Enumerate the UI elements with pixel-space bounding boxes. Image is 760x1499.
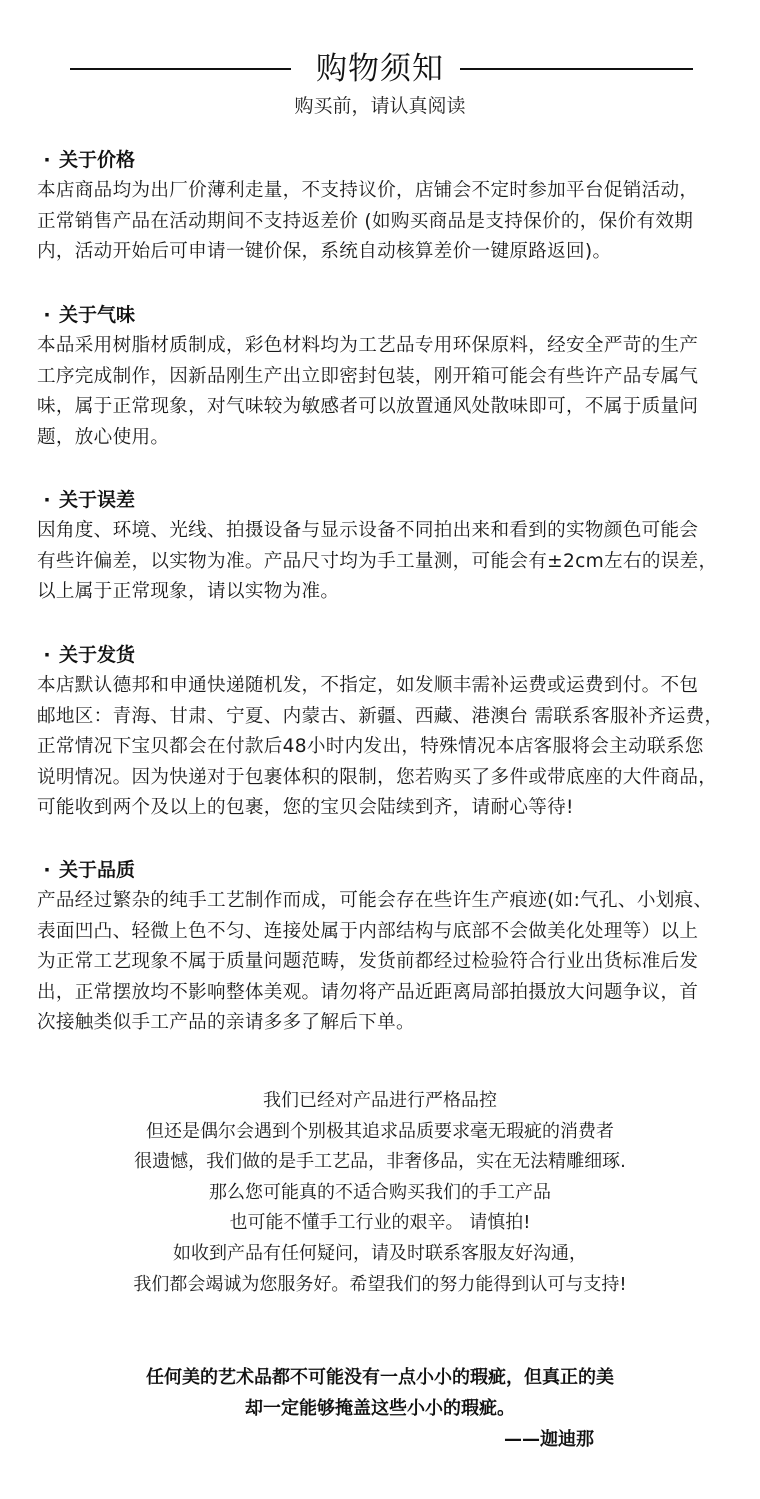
section-body: 本店商品均为出厂价薄利走量，不支持议价，店铺会不定时参加平台促销活动， 正常销售… xyxy=(37,176,727,268)
body-line: 本店默认德邦和申通快递随机发，不指定，如发顺丰需补运费或运费到付。不包 xyxy=(37,671,727,702)
section-body: 本品采用树脂材质制成，彩色材料均为工艺品专用环保原料，经安全严苛的生产 工序完成… xyxy=(37,331,727,453)
body-line: 本店商品均为出厂价薄利走量，不支持议价，店铺会不定时参加平台促销活动， xyxy=(37,176,727,207)
section-body: 本店默认德邦和申通快递随机发，不指定，如发顺丰需补运费或运费到付。不包 邮地区：… xyxy=(37,671,727,824)
page-header: 购物须知 xyxy=(0,44,760,94)
section-heading: · 关于气味 xyxy=(37,300,727,331)
section-title: 关于气味 xyxy=(59,300,135,331)
body-line: 为正常工艺现象不属于质量问题范畴，发货前都经过检验符合行业出货标准后发 xyxy=(37,947,727,978)
bullet-icon: · xyxy=(37,485,57,516)
quote-author: ——迦迪那 xyxy=(504,1427,594,1453)
section-heading: · 关于价格 xyxy=(37,145,727,176)
section-heading: · 关于发货 xyxy=(37,640,727,671)
statement-line: 如收到产品有任何疑问，请及时联系客服友好沟通， xyxy=(0,1239,760,1270)
statement-line: 但还是偶尔会遇到个别极其追求品质要求毫无瑕疵的消费者 xyxy=(0,1117,760,1148)
section-smell: · 关于气味 本品采用树脂材质制成，彩色材料均为工艺品专用环保原料，经安全严苛的… xyxy=(37,300,727,453)
bullet-icon: · xyxy=(37,145,57,176)
closing-quote: 任何美的艺术品都不可能没有一点小小的瑕疵，但真正的美 却一定能够掩盖这些小小的瑕… xyxy=(0,1362,760,1424)
body-line: 味，属于正常现象，对气味较为敏感者可以放置通风处散味即可，不属于质量问 xyxy=(37,392,727,423)
body-line: 内，活动开始后可申请一键价保，系统自动核算差价一键原路返回)。 xyxy=(37,237,727,268)
section-price: · 关于价格 本店商品均为出厂价薄利走量，不支持议价，店铺会不定时参加平台促销活… xyxy=(37,145,727,268)
section-title: 关于发货 xyxy=(59,640,135,671)
section-quality: · 关于品质 产品经过繁杂的纯手工艺制作而成，可能会存在些许生产痕迹(如:气孔、… xyxy=(37,855,727,1039)
statement-line: 很遗憾，我们做的是手工艺品，非奢侈品，实在无法精雕细琢. xyxy=(0,1147,760,1178)
quality-statement: 我们已经对产品进行严格品控 但还是偶尔会遇到个别极其追求品质要求毫无瑕疵的消费者… xyxy=(0,1086,760,1300)
section-shipping: · 关于发货 本店默认德邦和申通快递随机发，不指定，如发顺丰需补运费或运费到付。… xyxy=(37,640,727,824)
body-line: 说明情况。因为快递对于包裹体积的限制，您若购买了多件或带底座的大件商品， xyxy=(37,763,727,794)
body-line: 因角度、环境、光线、拍摄设备与显示设备不同拍出来和看到的实物颜色可能会 xyxy=(37,516,727,547)
bullet-icon: · xyxy=(37,640,57,671)
body-line: 表面凹凸、轻微上色不匀、连接处属于内部结构与底部不会做美化处理等）以上 xyxy=(37,917,727,948)
bullet-icon: · xyxy=(37,855,57,886)
body-line: 正常销售产品在活动期间不支持返差价 (如购买商品是支持保价的，保价有效期 xyxy=(37,207,727,238)
body-line: 可能收到两个及以上的包裹，您的宝贝会陆续到齐，请耐心等待! xyxy=(37,793,727,824)
divider-right xyxy=(460,68,693,70)
page-subtitle: 购买前，请认真阅读 xyxy=(0,93,760,119)
body-line: 出，正常摆放均不影响整体美观。请勿将产品近距离局部拍摄放大问题争议，首 xyxy=(37,978,727,1009)
body-line: 题，放心使用。 xyxy=(37,423,727,454)
body-line: 工序完成制作，因新品刚生产出立即密封包装，刚开箱可能会有些许产品专属气 xyxy=(37,362,727,393)
section-tolerance: · 关于误差 因角度、环境、光线、拍摄设备与显示设备不同拍出来和看到的实物颜色可… xyxy=(37,485,727,608)
statement-line: 那么您可能真的不适合购买我们的手工产品 xyxy=(0,1178,760,1209)
body-line: 本品采用树脂材质制成，彩色材料均为工艺品专用环保原料，经安全严苛的生产 xyxy=(37,331,727,362)
section-heading: · 关于误差 xyxy=(37,485,727,516)
bullet-icon: · xyxy=(37,300,57,331)
body-line: 有些许偏差，以实物为准。产品尺寸均为手工量测，可能会有±2cm左右的误差， xyxy=(37,547,727,578)
body-line: 产品经过繁杂的纯手工艺制作而成，可能会存在些许生产痕迹(如:气孔、小划痕、 xyxy=(37,886,727,917)
quote-line: 却一定能够掩盖这些小小的瑕疵。 xyxy=(0,1393,760,1424)
section-body: 产品经过繁杂的纯手工艺制作而成，可能会存在些许生产痕迹(如:气孔、小划痕、 表面… xyxy=(37,886,727,1039)
statement-line: 也可能不懂手工行业的艰辛。 请慎拍! xyxy=(0,1208,760,1239)
section-heading: · 关于品质 xyxy=(37,855,727,886)
body-line: 邮地区：青海、甘肃、宁夏、内蒙古、新疆、西藏、港澳台 需联系客服补齐运费， xyxy=(37,702,727,733)
body-line: 次接触类似手工产品的亲请多多了解后下单。 xyxy=(37,1008,727,1039)
section-title: 关于误差 xyxy=(59,485,135,516)
section-body: 因角度、环境、光线、拍摄设备与显示设备不同拍出来和看到的实物颜色可能会 有些许偏… xyxy=(37,516,727,608)
section-title: 关于品质 xyxy=(59,855,135,886)
statement-line: 我们已经对产品进行严格品控 xyxy=(0,1086,760,1117)
body-line: 正常情况下宝贝都会在付款后48小时内发出，特殊情况本店客服将会主动联系您 xyxy=(37,732,727,763)
quote-line: 任何美的艺术品都不可能没有一点小小的瑕疵，但真正的美 xyxy=(0,1362,760,1393)
statement-line: 我们都会竭诚为您服务好。希望我们的努力能得到认可与支持! xyxy=(0,1270,760,1301)
body-line: 以上属于正常现象，请以实物为准。 xyxy=(37,577,727,608)
section-title: 关于价格 xyxy=(59,145,135,176)
